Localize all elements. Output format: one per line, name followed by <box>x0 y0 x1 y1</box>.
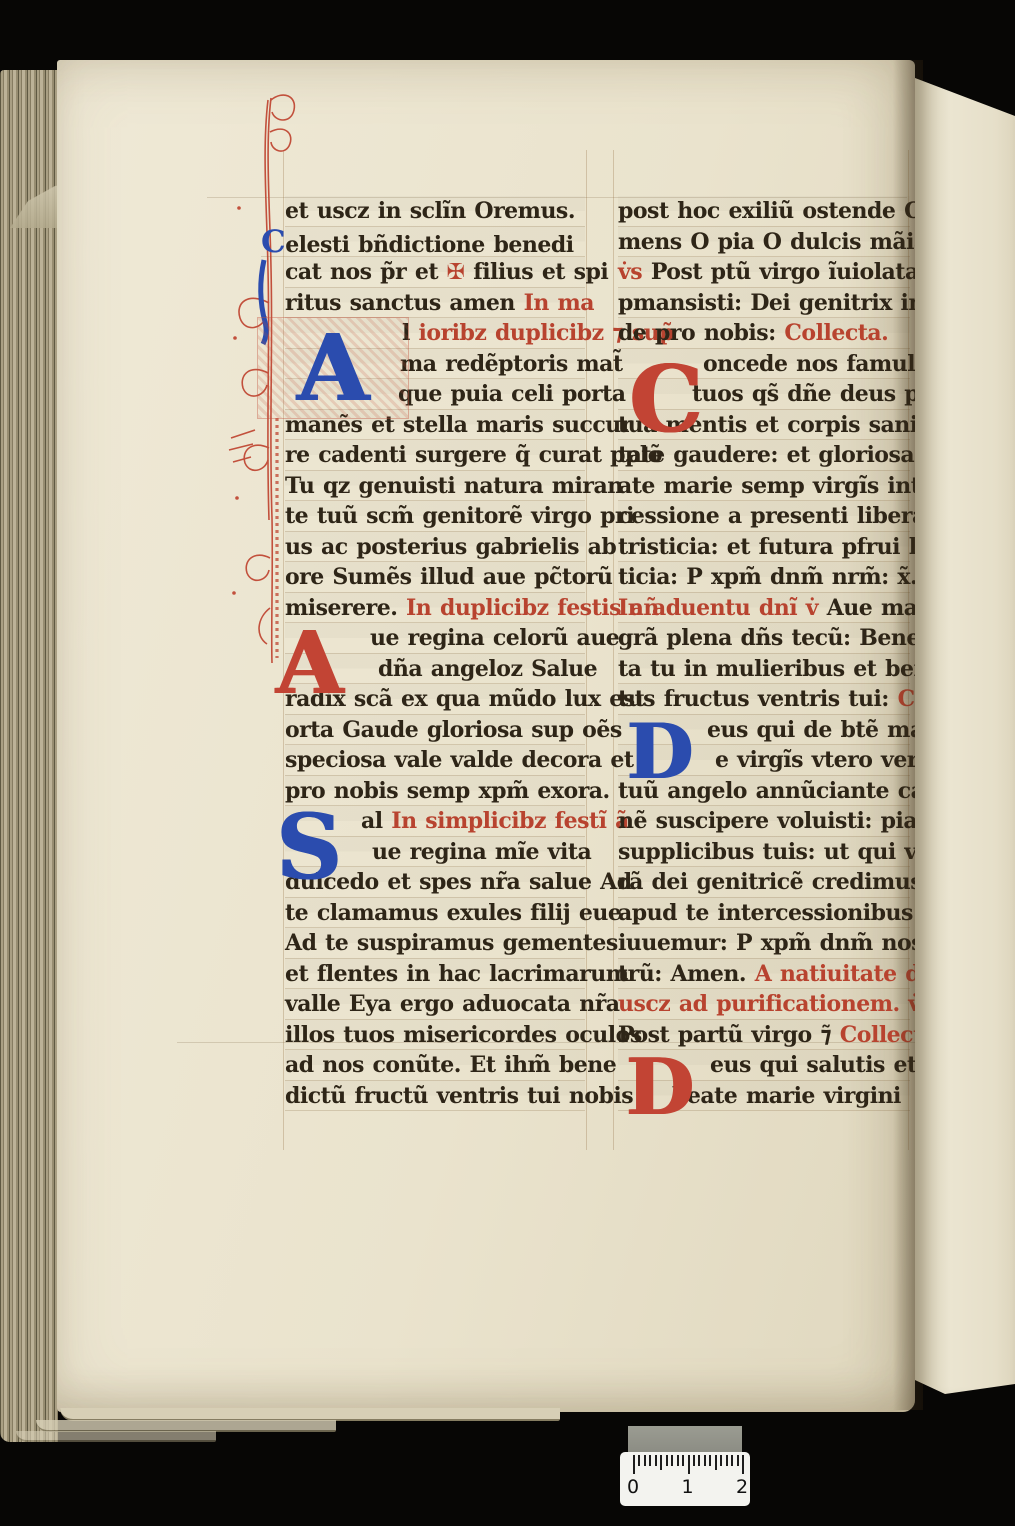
manuscript-line: valle Eya ergo aduocata nr̃a <box>285 989 585 1020</box>
rubric-text: Collecta. <box>784 320 888 346</box>
body-text: te tuũ scm̃ genitorẽ virgo pri <box>285 503 634 529</box>
manuscript-line: supplicibus tuis: ut qui ve <box>618 837 910 868</box>
ruler-label: 1 <box>681 1476 695 1498</box>
manuscript-line: ate marie semp virgĩs inter <box>618 471 910 502</box>
ruler-tick <box>715 1455 717 1470</box>
body-text: trũ: Amen. <box>618 961 755 987</box>
manuscript-line: ore Sumẽs illud aue pc̃torũ <box>285 562 585 593</box>
manuscript-line: te tuũ scm̃ genitorẽ virgo pri <box>285 501 585 532</box>
body-text: te clamamus exules filij eue <box>285 900 621 926</box>
body-text: C <box>261 224 285 260</box>
manuscript-line: illos tuos misericordes oculos <box>285 1020 585 1051</box>
manuscript-line: pmansisti: Dei genitrix inter <box>618 288 910 319</box>
manuscript-line: trũ: Amen. A natiuitate dnĩ <box>618 959 910 990</box>
decorated-initial-A: A <box>258 318 408 418</box>
body-text: illos tuos misericordes oculos <box>285 1022 642 1048</box>
body-text: Tu qz genuisti natura miran <box>285 473 623 499</box>
manuscript-line: mens O pia O dulcis mãia <box>618 227 910 258</box>
ruler-tick <box>671 1455 673 1466</box>
ruler-tick <box>644 1455 646 1466</box>
manuscript-line: ta tu in mulieribus et benedic <box>618 654 910 685</box>
body-text: iuuemur: P xpm̃ dnm̃ nos <box>618 930 923 956</box>
ruler-tick <box>698 1455 700 1466</box>
manuscript-line: te clamamus exules filij eue <box>285 898 585 929</box>
decorated-initial-D: D <box>618 714 702 790</box>
right-page <box>915 68 1015 1402</box>
body-text: speciosa vale valde decora et <box>285 747 634 773</box>
page-edges-stack <box>0 70 58 1442</box>
ruler-tick <box>638 1455 640 1466</box>
manuscript-line: cessione a presenti liberari <box>618 501 910 532</box>
manuscript-line: us ac posterius gabrielis ab <box>285 532 585 563</box>
body-text: elesti bñdictione benedi <box>285 232 573 258</box>
ruler-tick <box>731 1455 733 1466</box>
rubric-text: ✠ <box>447 259 465 285</box>
rubric-text: In aduentu dnĩ v̇ <box>618 595 827 621</box>
ruler-label: 2 <box>735 1476 749 1498</box>
manuscript-line: rã dei genitricẽ credimus ei⁹ <box>618 867 910 898</box>
body-text: us ac posterius gabrielis ab <box>285 534 616 560</box>
ruler-tick <box>726 1455 728 1466</box>
ruler-tick <box>720 1455 722 1466</box>
manuscript-line: ticia: P xpm̃ dnm̃ nrm̃: x̃. <box>618 562 910 593</box>
ruler-label: 0 <box>626 1476 640 1498</box>
body-text: Post ptũ virgo ĩuiolata <box>651 259 919 285</box>
ruler-tick <box>693 1455 695 1466</box>
ruler-ticks: 012 <box>620 1452 750 1506</box>
ruler-tick <box>737 1455 739 1466</box>
body-text: nẽ suscipere voluisti: pia <box>618 808 917 834</box>
ruler-tick <box>688 1455 690 1474</box>
body-text: ue regina celorũ aue <box>370 625 619 651</box>
manuscript-line: v̇s Post ptũ virgo ĩuiolata <box>618 257 910 288</box>
body-text: ore Sumẽs illud aue pc̃torũ <box>285 564 612 590</box>
ruler-tick <box>649 1455 651 1466</box>
body-text: ad nos conũte. Et ihm̃ bene <box>285 1052 616 1078</box>
body-text: ma redẽptoris mat̃ <box>400 351 623 377</box>
manuscript-line: In aduentu dnĩ v̇ Aue maria <box>618 593 910 624</box>
body-text: al <box>361 808 391 834</box>
manuscript-line: Tu qz genuisti natura miran <box>285 471 585 502</box>
manuscript-line: dictũ fructũ ventris tui nobis <box>285 1081 585 1112</box>
body-text: dña angeloz Salue <box>378 656 597 682</box>
rubric-text: In simplicibz festĩ ã <box>391 808 629 834</box>
manuscript-line: Ad te suspiramus gementes <box>285 928 585 959</box>
ruler-tick <box>660 1455 662 1470</box>
decorated-initial-S: S <box>268 800 350 895</box>
ruler-tick <box>682 1455 684 1466</box>
manuscript-photo: et uscz in sclĩn Oremus.Celesti bñdictio… <box>0 0 1015 1526</box>
ruler-tick <box>677 1455 679 1466</box>
body-text: orta Gaude gloriosa sup oẽs <box>285 717 622 743</box>
rubric-text: In ma <box>524 290 594 316</box>
body-text: que puia celi porta <box>398 381 626 407</box>
decorated-initial-C: C <box>620 352 712 447</box>
body-text: supplicibus tuis: ut qui ve <box>618 839 930 865</box>
manuscript-line: post hoc exiliũ ostende O cle <box>618 196 910 227</box>
manuscript-line: Celesti bñdictione benedi <box>261 227 585 258</box>
manuscript-line: tristicia: et futura pfrui le <box>618 532 910 563</box>
manuscript-line: re cadenti surgere q̃ curat pplõ <box>285 440 585 471</box>
manuscript-line: orta Gaude gloriosa sup oẽs <box>285 715 585 746</box>
manuscript-line: et uscz in sclĩn Oremus. <box>285 196 585 227</box>
ruler-tick <box>666 1455 668 1466</box>
ruler-tick <box>633 1455 635 1474</box>
body-text: filius et spi <box>465 259 609 285</box>
body-text: et flentes in hac lacrimarum <box>285 961 629 987</box>
ruler: 012 <box>620 1452 750 1506</box>
text-column-right: post hoc exiliũ ostende O clemens O pia … <box>618 196 910 1111</box>
body-text: et uscz in sclĩn Oremus. <box>285 198 575 224</box>
body-text: tristicia: et futura pfrui le <box>618 534 930 560</box>
manuscript-line: iuuemur: P xpm̃ dnm̃ nos <box>618 928 910 959</box>
decorated-initial-D: D <box>618 1048 702 1128</box>
manuscript-line: ad nos conũte. Et ihm̃ bene <box>285 1050 585 1081</box>
manuscript-line: cat nos p̃r et ✠ filius et spi <box>285 257 585 288</box>
manuscript-line: nẽ suscipere voluisti: pia <box>618 806 910 837</box>
body-text: ue regina mĩe vita <box>372 839 591 865</box>
left-page: et uscz in sclĩn Oremus.Celesti bñdictio… <box>57 60 915 1412</box>
rubric-text: uscz ad purificationem. v̇s. <box>618 991 940 1017</box>
manuscript-line: grã plena dñs tecũ: Benedic <box>618 623 910 654</box>
manuscript-line: uscz ad purificationem. v̇s. <box>618 989 910 1020</box>
ruler-tick <box>704 1455 706 1466</box>
body-text: cat nos p̃r et <box>285 259 447 285</box>
decorated-initial-A: A <box>262 623 357 705</box>
rubric-text: v̇s <box>618 259 651 285</box>
ruler-tick <box>742 1455 744 1474</box>
ruler-tick <box>709 1455 711 1466</box>
body-text: de pro nobis: <box>618 320 784 346</box>
page-edges-bottom <box>16 1431 216 1442</box>
manuscript-line: speciosa vale valde decora et <box>285 745 585 776</box>
body-text: ritus sanctus amen <box>285 290 524 316</box>
ruler-tick <box>655 1455 657 1466</box>
body-text: mens O pia O dulcis mãia <box>618 229 928 255</box>
manuscript-line: et flentes in hac lacrimarum <box>285 959 585 990</box>
body-text: re cadenti surgere q̃ curat pplõ <box>285 442 662 468</box>
body-text: beate marie virgini <box>672 1083 901 1109</box>
manuscript-line: de pro nobis: Collecta. <box>618 318 910 349</box>
body-text: dictũ fructũ ventris tui nobis <box>285 1083 633 1109</box>
body-text: valle Eya ergo aduocata nr̃a <box>285 991 620 1017</box>
body-text: Ad te suspiramus gementes <box>285 930 618 956</box>
body-text: ticia: P xpm̃ dnm̃ nrm̃: x̃. <box>618 564 917 590</box>
manuscript-line: apud te intercessionibus ad <box>618 898 910 929</box>
